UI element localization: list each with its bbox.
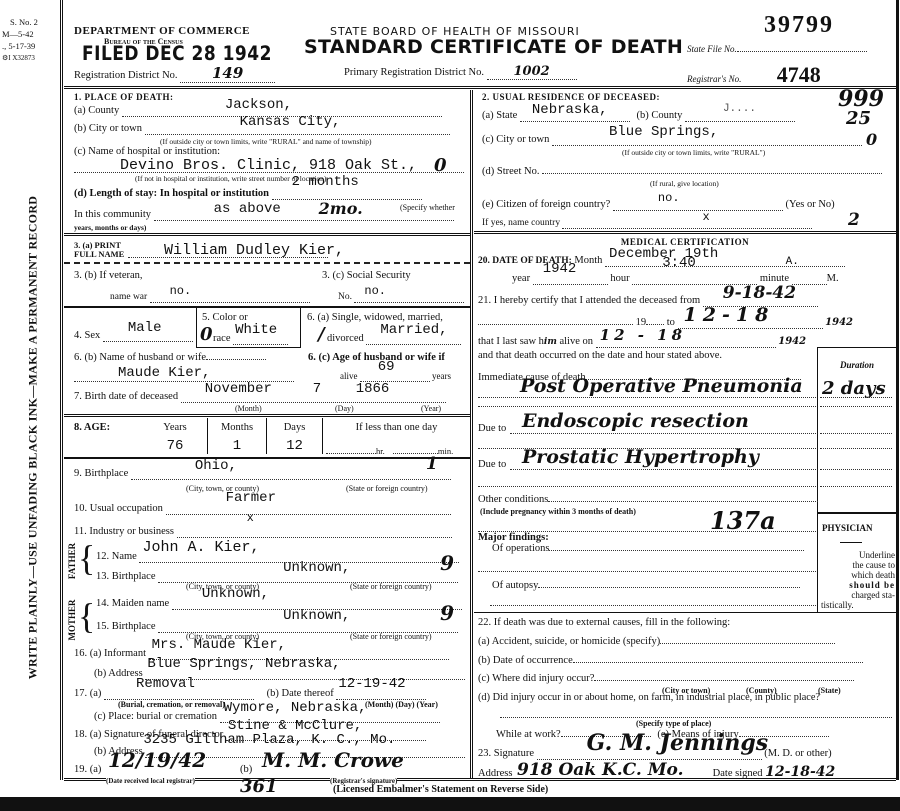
disposition-date-note: (Month) (Day) (Year): [365, 700, 438, 709]
spouse-age-label-2: alive: [340, 371, 358, 381]
physician-note-line: the cause to: [819, 560, 895, 570]
due-to-line-1: [510, 433, 816, 434]
sex-label: 4. Sex: [74, 330, 100, 341]
primary-district-value: 1002: [487, 64, 577, 80]
burial-place-label: (c) Place: burial or cremation: [94, 711, 217, 722]
deceased-full-name: William Dudley Kier,: [164, 242, 344, 259]
residence-city-label: (c) City or town: [482, 134, 549, 145]
mother-label: MOTHER: [67, 590, 77, 650]
race-code: 0: [200, 324, 213, 345]
residence-heading: 2. USUAL RESIDENCE OF DECEASED:: [482, 92, 660, 102]
mother-maiden-value: Unknown,: [202, 586, 269, 602]
page-title: STANDARD CERTIFICATE OF DEATH: [304, 36, 683, 58]
age-years-value: 76: [150, 438, 200, 454]
registration-district-label: Registration District No.: [74, 70, 178, 81]
birthplace-value: Ohio,: [195, 458, 237, 474]
birth-date-row: 7. Birth date of deceased November 7 186…: [74, 391, 446, 403]
immediate-cause-duration: 2 days: [822, 378, 886, 399]
mother-birthplace-code: 9: [440, 601, 454, 625]
age-divider: [64, 457, 470, 459]
injury-where-label: (c) Where did injury occur?: [478, 673, 594, 684]
residence-city-row: (c) City or town Blue Springs,: [482, 134, 862, 146]
occupation-row: 10. Usual occupation Farmer: [74, 503, 451, 515]
place-type-line: [500, 717, 892, 718]
name-divider: [64, 262, 470, 264]
father-label: FATHER: [67, 531, 77, 591]
received-value: 12/19/42: [108, 748, 206, 772]
form-number-line: ., 5-17-39: [2, 40, 62, 52]
personal-divider: [64, 414, 470, 417]
scan-bottom-edge: [0, 797, 900, 811]
industry-label: 11. Industry or business: [74, 526, 174, 537]
death-ampm-value: A.: [786, 256, 799, 268]
last-saw-him: im: [544, 337, 557, 347]
physician-label: PHYSICIAN: [822, 523, 873, 533]
attended-to-value: 12-18: [684, 304, 775, 326]
duration-line-3: [820, 433, 892, 434]
community-note-bottom: years, months or days): [74, 223, 146, 232]
spouse-name: Maude Kier,: [118, 365, 210, 381]
country-value: x: [702, 210, 709, 224]
residence-street-label: (d) Street No.: [482, 166, 539, 177]
citizen-row: (e) Citizen of foreign country? no. (Yes…: [482, 199, 835, 211]
mother-brace: {: [78, 598, 95, 634]
hospital-label: (c) Name of hospital or institution:: [74, 146, 220, 157]
due-to-line-2: [510, 469, 816, 470]
age-min-label: min.: [438, 446, 453, 456]
received-label: 19. (a): [74, 764, 101, 775]
birthplace-code: 1: [426, 454, 438, 474]
residence-city-code: 0: [866, 130, 877, 149]
race-row: race White: [213, 333, 288, 345]
last-saw-value: 12 - 18: [600, 326, 686, 344]
disposition-row: 17. (a) Removal (b) Date thereof 12-19-4…: [74, 688, 426, 700]
community-code: 2mo.: [319, 199, 363, 218]
filed-stamp: FILED DEC 28 1942: [82, 43, 272, 66]
accident-label: (a) Accident, suicide, or homicide (spec…: [478, 636, 660, 647]
physician-rule: [840, 542, 862, 543]
registrar-number-label: Registrar's No.: [687, 74, 741, 84]
spouse-label: 6. (b) Name of husband or wife: [74, 352, 266, 363]
disposition-value: Removal: [136, 676, 195, 692]
state-file-label: State File No.: [687, 44, 892, 54]
father-note-state: (State or foreign country): [350, 582, 432, 591]
veteran-label: 3. (b) If veteran,: [74, 270, 143, 281]
mother-note-state: (State or foreign country): [350, 632, 432, 641]
disposition-date-value: 12-19-42: [338, 676, 405, 692]
citizen-value: no.: [658, 191, 680, 205]
birth-month: November: [205, 381, 272, 397]
duration-line-6: [820, 486, 892, 487]
father-birthplace-code: 9: [440, 551, 454, 575]
last-saw-year: 1942: [778, 336, 806, 347]
burial-place-value: Wymore, Nebraska,: [224, 700, 367, 716]
registrar-number-value: 4748: [744, 62, 854, 89]
mother-maiden-label: 14. Maiden name: [96, 598, 169, 609]
birth-day-note: (Day): [335, 404, 354, 413]
vertical-instruction: WRITE PLAINLY—USE UNFADING BLACK INK—MAK…: [26, 108, 41, 768]
autopsy-line-2: [490, 605, 816, 606]
community-row: In this community as above 2mo.: [74, 209, 454, 221]
disposition-label: 17. (a): [74, 688, 101, 699]
physician-note-line: Underline: [819, 550, 895, 560]
director-address-value: 3235 Gillham Plaza, K. C., Mo.: [143, 732, 395, 748]
duration-column-divider: [817, 347, 818, 612]
death-hour-value: 3:40: [662, 255, 696, 271]
ssn-row: No. no.: [338, 292, 464, 303]
attended-label: 21. I hereby certify that I attended the…: [478, 295, 700, 306]
country-label: If yes, name country: [482, 218, 560, 228]
sex-row: 4. Sex Male: [74, 330, 193, 342]
section2-divider: [474, 231, 896, 234]
birthplace-row: 9. Birthplace Ohio, 1: [74, 468, 451, 480]
veteran-divider: [64, 306, 470, 308]
death-city-value: Kansas City,: [240, 114, 341, 130]
registrar-signature: M. M. Crowe: [262, 748, 404, 772]
cause-spacer-line-3: [478, 486, 816, 487]
marital-code: /: [318, 324, 325, 345]
informant-label: 16. (a) Informant: [74, 648, 146, 659]
father-birthplace-value: Unknown,: [283, 560, 350, 576]
form-number-line: S. No. 2: [2, 16, 62, 28]
physician-note-line: which death: [819, 570, 895, 580]
age-years-label: Years: [150, 422, 200, 433]
section1-divider: [64, 233, 470, 236]
name-label: 3. (a) PRINT FULL NAME: [74, 241, 124, 259]
duration-line-4: [820, 448, 892, 449]
bottom-number: 361: [240, 776, 278, 797]
birthplace-note-state: (State or foreign country): [346, 484, 428, 493]
due-to-label-1: Due to: [478, 423, 506, 434]
frame-right: [896, 0, 899, 780]
stay-row: (d) Length of stay: In hospital or insti…: [74, 188, 422, 200]
hospital-code: 0: [434, 155, 447, 176]
stay-label: (d) Length of stay: In hospital or insti…: [74, 188, 269, 199]
file-number: 39799: [764, 12, 834, 39]
medical-divider: [474, 612, 896, 613]
last-saw-row: that I last saw him alive on 12 - 18 194…: [478, 336, 806, 348]
occupation-value: Farmer: [226, 490, 276, 506]
race-box-bottom: [196, 347, 300, 348]
major-findings-label: Major findings:: [478, 532, 549, 543]
death-city-row: (b) City or town Kansas City,: [74, 123, 464, 135]
operations-label: Of operations: [492, 543, 549, 554]
age-months-label: Months: [208, 422, 266, 433]
residence-county-label: (b) County: [637, 110, 683, 121]
autopsy-row: Of autopsy: [492, 580, 800, 591]
country-row: If yes, name country x: [482, 218, 812, 229]
residence-street-row: (d) Street No.: [482, 166, 882, 177]
father-name-label: 12. Name: [96, 551, 137, 562]
age-less-label: If less than one day: [323, 422, 470, 433]
other-conditions-label: Other conditions: [478, 494, 818, 505]
death-year-label: year: [512, 273, 530, 284]
other-conditions-note: (Include pregnancy within 3 months of de…: [480, 507, 636, 516]
where-note-state: (State): [818, 686, 841, 695]
form-number-block: S. No. 2 M—5-42 ., 5-17-39 ⚙I X32873: [2, 16, 62, 64]
autopsy-label: Of autopsy: [492, 580, 538, 591]
informant-address-value: Blue Springs, Nebraska,: [147, 656, 340, 672]
duration-box-top: [817, 347, 896, 348]
form-number-line: ⚙I X32873: [2, 52, 62, 64]
residence-city-note: (If outside city or town limits, write "…: [622, 148, 765, 157]
spouse-age-value: 69: [378, 359, 395, 375]
mother-birthplace-label: 15. Birthplace: [96, 621, 155, 632]
death-city-note: (If outside city or town limits, write "…: [160, 137, 372, 146]
marital-row: divorced Married,: [327, 333, 461, 345]
death-county-label: (a) County: [74, 105, 119, 116]
attended-to-year: 1942: [825, 317, 853, 328]
father-brace: {: [78, 540, 95, 576]
physician-box-top: [817, 512, 896, 514]
cause-spacer-line-1: [478, 406, 816, 407]
age-days-label: Days: [267, 422, 322, 433]
race-label-2: race: [213, 333, 230, 344]
marital-value: Married,: [380, 322, 447, 338]
father-name-value: John A. Kier,: [142, 539, 259, 556]
race-value: White: [235, 322, 277, 338]
death-month-label: Month: [574, 255, 602, 266]
race-box-left: [196, 308, 197, 348]
physician-signature: G. M. Jennings: [587, 730, 769, 756]
birth-year-note: (Year): [421, 404, 441, 413]
due-to-value-1: Endoscopic resection: [522, 410, 749, 432]
occurrence-date-row: (b) Date of occurrence: [478, 655, 863, 666]
form-number-line: M—5-42: [2, 28, 62, 40]
ssn-label: 3. (c) Social Security: [322, 270, 411, 281]
death-m-label: M.: [827, 273, 839, 284]
other-conditions-text: Other conditions: [478, 494, 548, 505]
ssn-value: no.: [364, 284, 386, 298]
death-county-value: Jackson,: [225, 97, 292, 113]
spouse-age-label-1: 6. (c) Age of husband or wife if: [308, 352, 445, 363]
disposition-note: (Burial, cremation, or removal): [118, 700, 225, 709]
residence-county-value: J....: [723, 103, 756, 115]
marital-label-2: divorced: [327, 333, 364, 344]
birth-day: 7: [313, 381, 321, 397]
industry-value: x: [247, 511, 254, 525]
sex-value: Male: [128, 320, 162, 336]
residence-street-note: (If rural, give location): [650, 179, 719, 188]
alive-on-label: alive on: [559, 336, 593, 347]
residence-street-value: [542, 173, 882, 174]
embalmer-note: (Licensed Embalmer's Statement on Revers…: [333, 784, 548, 795]
registration-district-value: 149: [180, 64, 275, 83]
immediate-cause-line: [478, 397, 816, 398]
place-type-note: (Specify type of place): [636, 719, 711, 728]
signature-row: 23. Signature G. M. Jennings (M. D. or o…: [478, 748, 832, 760]
race-box-right: [300, 308, 301, 348]
attended-from: 9-18-42: [723, 283, 796, 303]
disposition-date-label: (b) Date thereof: [267, 688, 334, 699]
industry-row: 11. Industry or business x: [74, 526, 452, 538]
immediate-cause-value: Post Operative Pneumonia: [520, 375, 803, 397]
duration-line-5: [820, 469, 892, 470]
stay-value: 2 months: [292, 174, 359, 190]
informant-value: Mrs. Maude Kier,: [152, 637, 286, 653]
physician-note-line: tistically.: [819, 600, 895, 610]
duration-label: Duration: [840, 360, 874, 370]
death-year-value: 1942: [543, 261, 577, 277]
registration-district: Registration District No. 149: [74, 64, 275, 83]
age-hr-label: hr.: [376, 446, 385, 456]
place-type-question: (d) Did injury occur in or about home, o…: [478, 692, 820, 703]
frame-left: [60, 0, 63, 780]
spouse-age-unit: years: [432, 371, 451, 381]
residence-county-code: 25: [846, 108, 871, 129]
injury-where-row: (c) Where did injury occur?: [478, 673, 854, 684]
occupation-label: 10. Usual occupation: [74, 503, 163, 514]
birth-date-label: 7. Birth date of deceased: [74, 391, 178, 402]
community-value: as above: [214, 201, 281, 217]
war-label: name war: [110, 292, 147, 302]
birth-month-note: (Month): [235, 404, 262, 413]
residence-city-value: Blue Springs,: [609, 124, 718, 140]
age-label: 8. AGE:: [74, 422, 110, 433]
country-code: 2: [848, 210, 860, 230]
mother-maiden-row: 14. Maiden name Unknown,: [96, 598, 462, 610]
citizen-note: (Yes or No): [786, 199, 835, 210]
age-months-value: 1: [208, 438, 266, 454]
work-label: While at work?: [496, 729, 561, 740]
signature-label: 23. Signature: [478, 748, 534, 759]
duration-line-2: [820, 406, 892, 407]
community-label: In this community: [74, 209, 151, 220]
center-divider: [470, 90, 473, 780]
accident-row: (a) Accident, suicide, or homicide (spec…: [478, 636, 835, 647]
death-city-label: (b) City or town: [74, 123, 142, 134]
state-file-text: State File No.: [687, 44, 737, 54]
death-hour-label: hour: [610, 273, 629, 284]
operations-line-2: [478, 571, 816, 572]
name-label-line-2: FULL NAME: [74, 250, 124, 259]
death-statement: and that death occurred on the date and …: [478, 350, 722, 361]
citizen-label: (e) Citizen of foreign country?: [482, 199, 610, 210]
father-name-row: 12. Name John A. Kier,: [96, 551, 459, 563]
primary-district-label: Primary Registration District No.: [344, 67, 484, 78]
received-row: 19. (a): [74, 764, 101, 775]
hospital-value: Devino Bros. Clinic, 918 Oak St.,: [120, 157, 417, 174]
residence-state-label: (a) State: [482, 110, 517, 121]
department-label: DEPARTMENT OF COMMERCE: [74, 25, 250, 37]
registrar-number: Registrar's No. 4748: [687, 62, 854, 89]
place-of-death-heading: 1. PLACE OF DEATH:: [74, 92, 174, 102]
birth-year: 1866: [356, 381, 390, 397]
received-note: (Date received local registrar): [106, 777, 195, 785]
occurrence-date-label: (b) Date of occurrence: [478, 655, 573, 666]
last-saw-label: that I last saw h: [478, 336, 544, 347]
war-value: no.: [170, 284, 192, 298]
birthplace-label: 9. Birthplace: [74, 468, 128, 479]
ssn-no-label: No.: [338, 292, 352, 302]
primary-district: Primary Registration District No. 1002: [344, 64, 577, 80]
physician-note-line: should be: [819, 580, 895, 590]
registrar-sig-label: (b): [240, 764, 252, 775]
father-birthplace-label: 13. Birthplace: [96, 571, 155, 582]
physician-note-line: charged sta-: [819, 590, 895, 600]
mother-birthplace-value: Unknown,: [283, 608, 350, 624]
external-heading: 22. If death was due to external causes,…: [478, 617, 730, 628]
spouse-label-text: 6. (b) Name of husband or wife: [74, 352, 206, 363]
operations-row: Of operations: [492, 543, 804, 554]
age-days-value: 12: [267, 438, 322, 454]
signature-role: (M. D. or other): [764, 748, 831, 759]
physician-note: Underline the cause to which death shoul…: [819, 550, 895, 610]
physician-address-value: 918 Oak K.C. Mo.: [517, 760, 683, 780]
residence-state-value: Nebraska,: [532, 102, 608, 118]
header-divider: [64, 86, 896, 89]
due-to-value-2: Prostatic Hypertrophy: [522, 446, 759, 468]
due-to-label-2: Due to: [478, 459, 506, 470]
war-row: name war no.: [110, 292, 310, 303]
residence-state-row: (a) State Nebraska, (b) County J....: [482, 110, 795, 122]
